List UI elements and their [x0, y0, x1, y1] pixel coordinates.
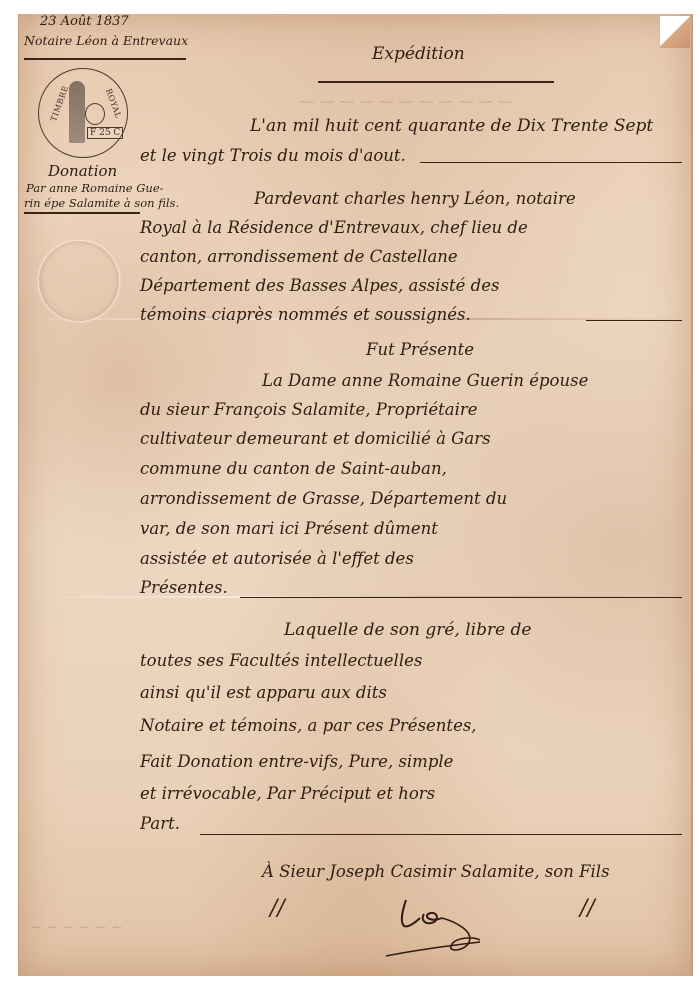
- body-line: Pardevant charles henry Léon, notaire: [254, 189, 576, 208]
- document-title: Expédition: [372, 44, 465, 64]
- body-line: À Sieur Joseph Casimir Salamite, son Fil…: [262, 862, 610, 881]
- body-line: et irrévocable, Par Préciput et hors: [140, 784, 435, 803]
- header-rule: [24, 58, 186, 60]
- folded-corner: [660, 16, 690, 48]
- margin-note-title: Donation: [48, 162, 117, 180]
- body-line: canton, arrondissement de Castellane: [140, 247, 458, 266]
- body-line: cultivateur demeurant et domicilié à Gar…: [140, 429, 491, 448]
- body-line: et le vingt Trois du mois d'aout.: [140, 146, 406, 165]
- bleed-through-text: ~ ~ ~ ~ ~ ~: [30, 920, 123, 936]
- header-notary: Notaire Léon à Entrevaux: [24, 33, 188, 48]
- line-filler: [200, 834, 682, 835]
- margin-note-line: Par anne Romaine Gue-: [26, 181, 164, 195]
- body-line: commune du canton de Saint-auban,: [140, 459, 447, 478]
- stamp-text-left: TIMBRE: [49, 84, 70, 122]
- body-line: arrondissement de Grasse, Département du: [140, 489, 507, 508]
- line-filler: [586, 320, 682, 321]
- section-heading: Fut Présente: [366, 340, 474, 359]
- body-line: Département des Basses Alpes, assisté de…: [140, 276, 499, 295]
- line-filler: [240, 597, 682, 598]
- line-filler: [420, 162, 682, 163]
- signature-paraph-icon: [376, 892, 506, 962]
- title-rule: [318, 81, 554, 83]
- body-line: Laquelle de son gré, libre de: [284, 620, 531, 640]
- body-line: toutes ses Facultés intellectuelles: [140, 651, 422, 670]
- ditto-mark: //: [580, 896, 595, 921]
- header-date: 23 Août 1837: [40, 14, 129, 29]
- stamp-shield-icon: [85, 103, 105, 125]
- bleed-through-text: — — — — — — — — — — —: [300, 92, 513, 110]
- body-line: var, de son mari ici Présent dûment: [140, 519, 438, 538]
- stamp-text-right: ROYAL: [104, 87, 123, 119]
- margin-note-line: rin épe Salamite à son fils.: [24, 196, 179, 210]
- body-line: Part.: [140, 814, 180, 833]
- stamp-figure-icon: [69, 81, 85, 143]
- body-line: du sieur François Salamite, Propriétaire: [140, 400, 478, 419]
- embossed-seal: [38, 240, 120, 322]
- body-line: Présentes.: [140, 578, 228, 597]
- margin-rule: [24, 212, 140, 214]
- body-line: ainsi qu'il est apparu aux dits: [140, 683, 387, 702]
- body-line: Royal à la Résidence d'Entrevaux, chef l…: [140, 218, 528, 237]
- body-line: La Dame anne Romaine Guerin épouse: [262, 371, 588, 390]
- body-line: témoins ciaprès nommés et soussignés.: [140, 305, 471, 324]
- royal-stamp: TIMBRE ROYAL F 25 C: [38, 68, 128, 158]
- body-line: assistée et autorisée à l'effet des: [140, 549, 414, 568]
- body-line: L'an mil huit cent quarante de Dix Trent…: [250, 116, 653, 136]
- stamp-value: F 25 C: [87, 127, 123, 139]
- ditto-mark: //: [270, 896, 285, 921]
- body-line: Notaire et témoins, a par ces Présentes,: [140, 716, 477, 735]
- body-line: Fait Donation entre-vifs, Pure, simple: [140, 752, 453, 771]
